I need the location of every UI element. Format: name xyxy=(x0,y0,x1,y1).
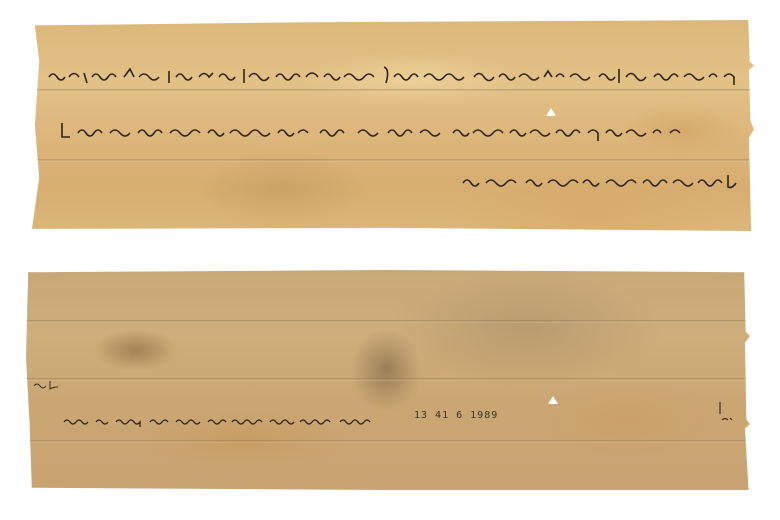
script-line-1 xyxy=(44,63,744,87)
script-line-2 xyxy=(58,119,728,143)
fold-line xyxy=(32,159,754,162)
script-line-3 xyxy=(458,169,748,193)
document-verso: 13 41 6 1989 xyxy=(26,270,750,490)
verso-mark-right xyxy=(716,400,736,430)
fold-line xyxy=(32,89,754,92)
fold-line xyxy=(26,378,750,381)
leather-hole xyxy=(548,396,558,404)
fold-line xyxy=(26,440,750,443)
verso-script-line xyxy=(60,413,390,429)
document-recto xyxy=(32,19,754,231)
fold-line xyxy=(26,320,750,323)
inventory-marking: 13 41 6 1989 xyxy=(414,410,498,421)
marginal-note xyxy=(32,376,62,390)
leather-hole xyxy=(546,108,556,116)
